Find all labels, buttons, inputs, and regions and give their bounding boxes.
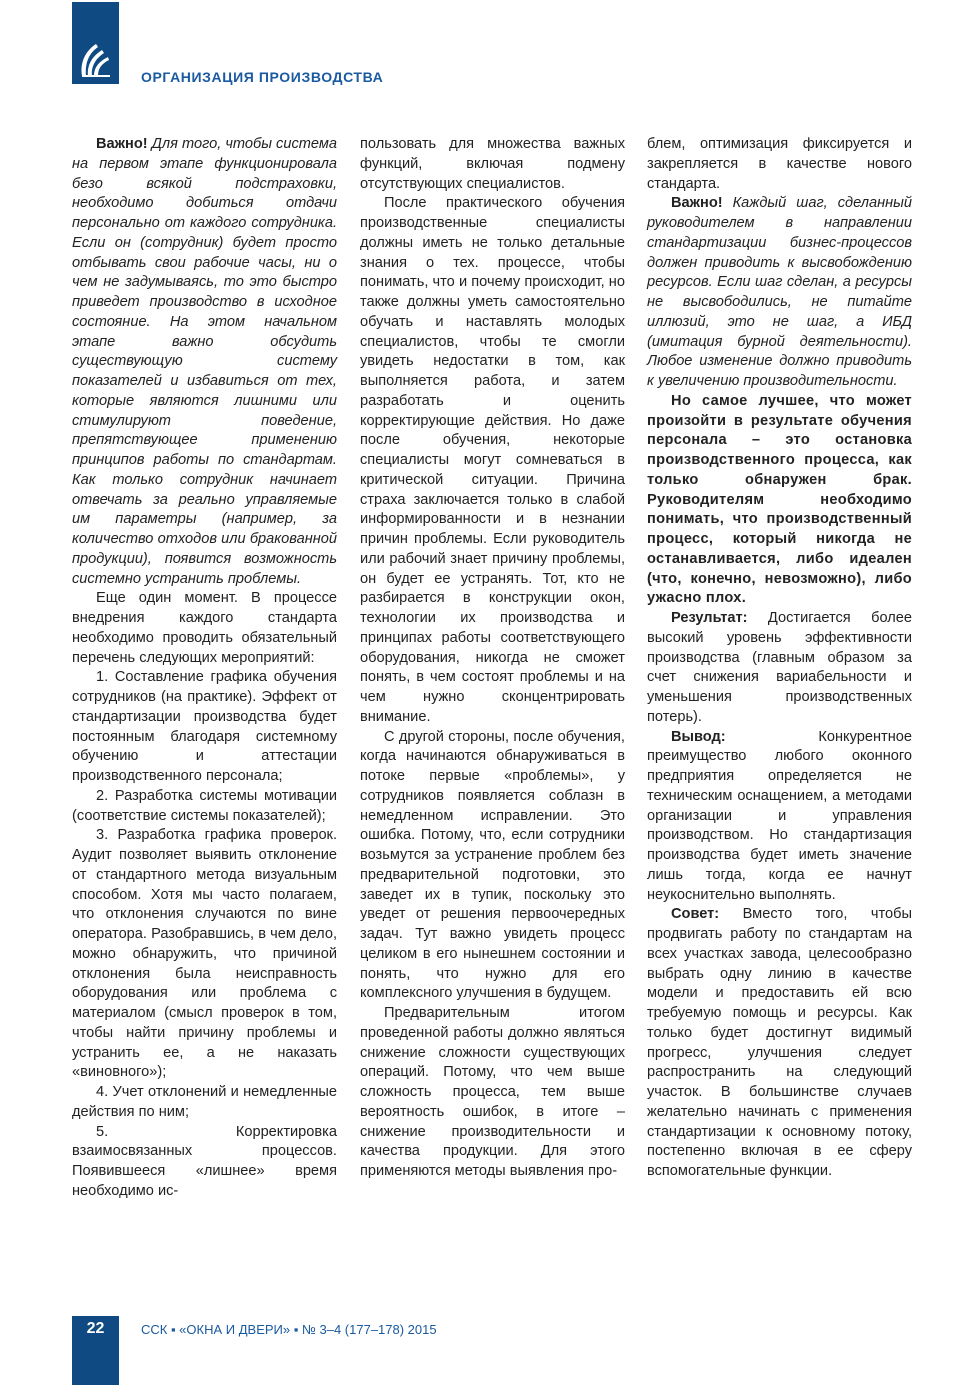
footer-color-block: 22 (72, 1316, 119, 1385)
list-item: 1. Составление графика обучения сотрудни… (72, 668, 337, 787)
list-item: 3. Разработка графика проверок. Аудит по… (72, 826, 337, 1083)
list-item: 4. Учет отклонений и немедленные действи… (72, 1083, 337, 1123)
paragraph: Вывод: Конкурентное преимущество любого … (647, 728, 912, 906)
paragraph: После практического обучения производств… (360, 194, 625, 727)
text-column-3: блем, оптимизация фиксируется и закрепля… (647, 135, 912, 1182)
paragraph: Еще один момент. В процессе внедрения ка… (72, 589, 337, 668)
paragraph-text: Достигается более высокий уровень эффект… (647, 610, 912, 725)
publication-info: ССК ▪ «ОКНА И ДВЕРИ» ▪ № 3–4 (177–178) 2… (141, 1322, 437, 1337)
text-column-2: пользовать для множества важных функций,… (360, 135, 625, 1182)
paragraph: Предварительным итогом проведенной работ… (360, 1004, 625, 1182)
paragraph: Важно! Каждый шаг, сделанный руководител… (647, 194, 912, 392)
magazine-logo-icon (78, 36, 112, 78)
paragraph: пользовать для множества важных функций,… (360, 135, 625, 194)
section-title: ОРГАНИЗАЦИЯ ПРОИЗВОДСТВА (141, 69, 383, 85)
text-column-1: Важно! Для того, чтобы система на первом… (72, 135, 337, 1202)
paragraph-lead: Результат: (671, 610, 748, 626)
highlighted-paragraph: Но самое лучшее, что может произойти в р… (647, 392, 912, 609)
paragraph: блем, оптимизация фиксируется и закрепля… (647, 135, 912, 194)
paragraph: Важно! Для того, чтобы система на первом… (72, 135, 337, 589)
paragraph-lead: Важно! (671, 195, 723, 211)
paragraph: С другой стороны, после обучения, когда … (360, 728, 625, 1005)
paragraph-text: Вместо того, чтобы продвигать работу по … (647, 906, 912, 1179)
paragraph-lead: Совет: (671, 906, 719, 922)
list-item: 2. Разработка системы мотивации (соответ… (72, 787, 337, 827)
paragraph-text: Каждый шаг, сделанный руководителем в на… (647, 195, 912, 389)
paragraph: Совет: Вместо того, чтобы продвигать раб… (647, 905, 912, 1182)
paragraph-lead: Вывод: (671, 729, 726, 745)
paragraph-text: Конкурентное преимущество любого оконног… (647, 729, 912, 903)
paragraph-text: Для того, чтобы система на первом этапе … (72, 136, 337, 587)
paragraph: Результат: Достигается более высокий уро… (647, 609, 912, 728)
page-number: 22 (72, 1320, 119, 1338)
list-item: 5. Корректировка взаимосвязанных процесс… (72, 1123, 337, 1202)
header-color-block (72, 2, 119, 84)
paragraph-lead: Важно! (96, 136, 148, 152)
